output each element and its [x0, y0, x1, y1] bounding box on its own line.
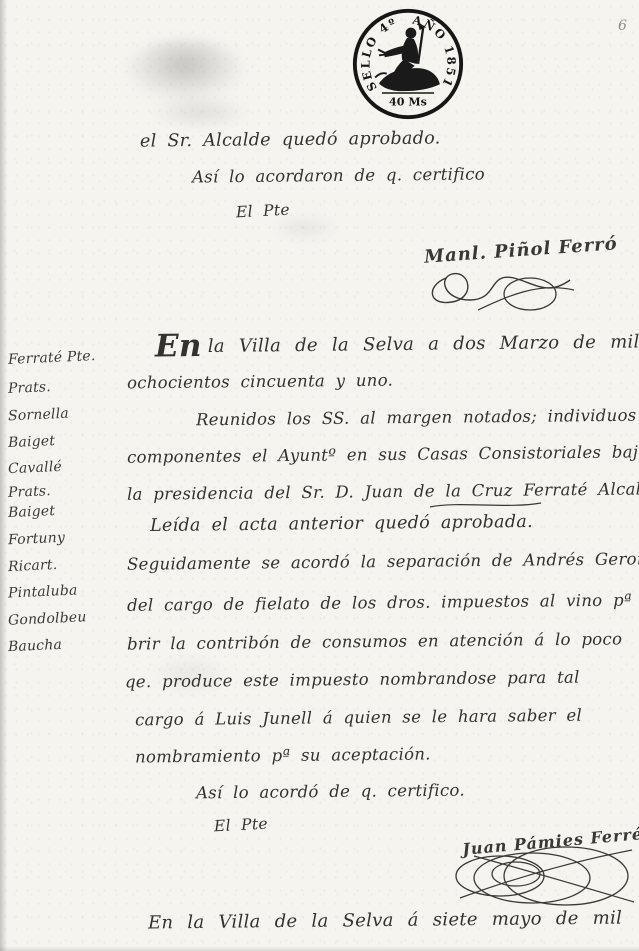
margin-name: Fortuny [8, 530, 66, 548]
margin-name: Pintaluba [8, 582, 78, 601]
opening-initial: En [155, 328, 202, 364]
signature-rubric-flourish [430, 846, 636, 908]
underline-flourish [428, 500, 543, 510]
manuscript-line: Leída el acta anterior quedó aprobada. [150, 512, 533, 536]
manuscript-line: El Pte [214, 815, 269, 836]
page-number: 6 [618, 18, 627, 34]
margin-name: Prats. [8, 483, 52, 501]
margin-name: Baiget [8, 503, 56, 521]
manuscript-line: del cargo de fielato de los dros. impues… [127, 590, 639, 615]
manuscript-line: Así lo acordó de q. certifico. [196, 781, 465, 803]
manuscript-line: Reunidos los SS. al margen notados; indi… [196, 406, 637, 430]
margin-name: Cavallé [8, 459, 63, 477]
ink-bleed-smudge [148, 95, 252, 129]
opening-rest: la Villa de la Selva a dos Marzo de mil [208, 331, 639, 357]
revenue-stamp-seal: SELLO 4º AÑO 1851 40 Ms [350, 6, 466, 122]
scan-edge-bottom [0, 946, 639, 951]
margin-name: Baiget [8, 433, 56, 451]
margin-name: Sornella [8, 406, 70, 425]
ink-bleed-smudge [126, 40, 244, 102]
manuscript-line: nombramiento pª su aceptación. [135, 744, 431, 766]
manuscript-line: El Pte [236, 201, 291, 222]
manuscript-line-act-opening: Enla Villa de la Selva a dos Marzo de mi… [155, 323, 639, 364]
margin-name: Prats. [8, 379, 52, 397]
signature-rubric-flourish [418, 260, 578, 318]
manuscript-line: el Sr. Alcalde quedó aprobado. [140, 128, 441, 151]
manuscript-page: 6 SELLO 4º AÑO 1851 40 Ms el Sr. Alcalde [0, 0, 639, 951]
manuscript-line: cargo á Luis Junell á quien se le hara s… [135, 706, 582, 730]
margin-name: Baucha [8, 637, 63, 655]
margin-name: Gondolbeu [8, 609, 87, 628]
manuscript-line: ochocientos cincuenta y uno. [127, 371, 393, 393]
manuscript-line: componentes el Ayuntº en sus Casas Consi… [127, 442, 639, 466]
manuscript-line: brir la contribón de consumos en atenció… [127, 629, 622, 653]
manuscript-line-next-act: En la Villa de la Selva á siete mayo de … [148, 908, 622, 934]
manuscript-line: Así lo acordaron de q. certifico [192, 164, 485, 186]
margin-name: Ricart. [8, 557, 58, 575]
margin-name: Ferraté Pte. [8, 348, 96, 368]
manuscript-line: la presidencia del Sr. D. Juan de la Cru… [127, 479, 639, 504]
stamp-denomination: 40 Ms [389, 96, 427, 109]
manuscript-line: Seguidamente se acordó la separación de … [127, 549, 639, 574]
manuscript-line: qe. produce este impuesto nombrandose pa… [125, 668, 580, 692]
scan-edge-left [0, 0, 7, 951]
